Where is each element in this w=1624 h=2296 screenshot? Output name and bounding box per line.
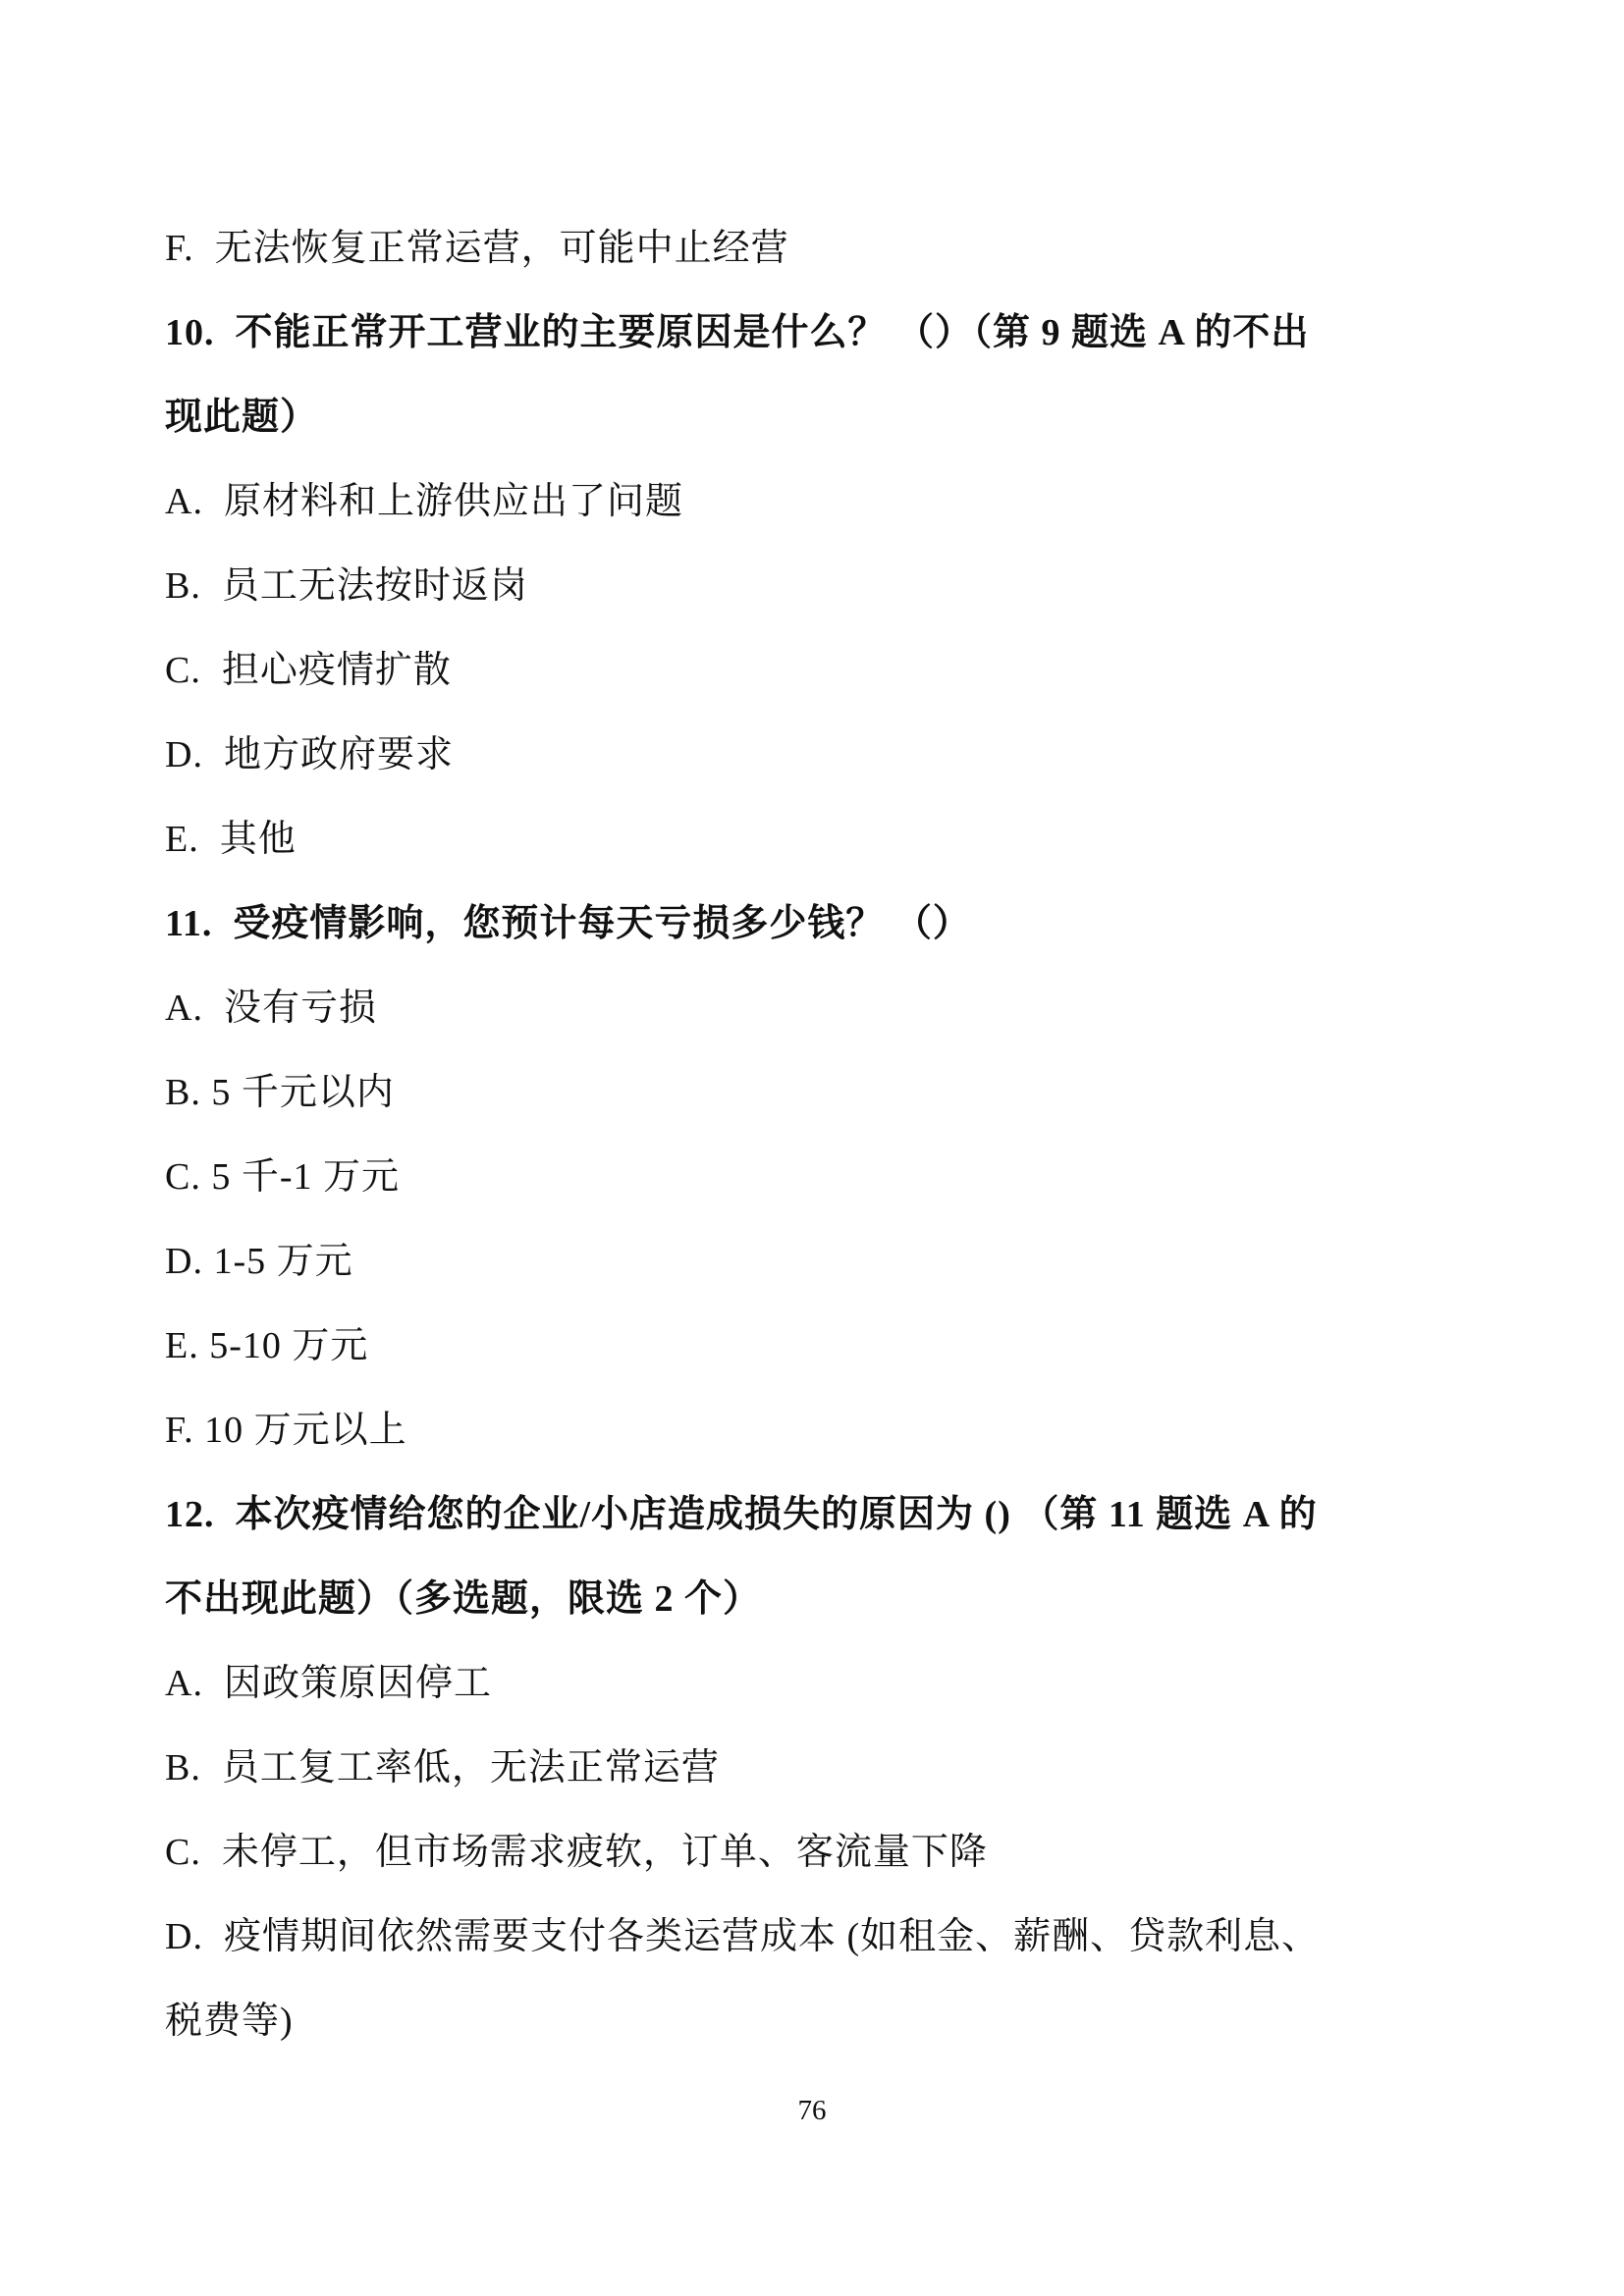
document-page: F. 无法恢复正常运营，可能中止经营 10. 不能正常开工营业的主要原因是什么？… (0, 0, 1624, 2296)
question-11-option-b: B. 5 千元以内 (165, 1050, 1471, 1135)
question-12-option-b: B. 员工复工率低，无法正常运营 (165, 1726, 1471, 1810)
question-10-title-line-2: 现此题） (165, 375, 1471, 459)
question-12-title-line-1: 12. 本次疫情给您的企业/小店造成损失的原因为 () （第 11 题选 A 的 (165, 1472, 1471, 1557)
question-10-option-c: C. 担心疫情扩散 (165, 628, 1471, 713)
question-12-option-a: A. 因政策原因停工 (165, 1641, 1471, 1726)
question-11-option-d: D. 1-5 万元 (165, 1219, 1471, 1304)
question-10-option-b: B. 员工无法按时返岗 (165, 544, 1471, 628)
question-11-option-c: C. 5 千-1 万元 (165, 1135, 1471, 1219)
question-11-option-a: A. 没有亏损 (165, 966, 1471, 1050)
question-11-title: 11. 受疫情影响，您预计每天亏损多少钱？ （） (165, 881, 1471, 966)
question-11-option-e: E. 5-10 万元 (165, 1304, 1471, 1388)
question-12-option-d-line-2: 税费等) (165, 1979, 1471, 2063)
question-12-option-d-line-1: D. 疫情期间依然需要支付各类运营成本 (如租金、薪酬、贷款利息、 (165, 1895, 1471, 1979)
document-text-block: F. 无法恢复正常运营，可能中止经营 10. 不能正常开工营业的主要原因是什么？… (165, 206, 1471, 2063)
question-10-title-line-1: 10. 不能正常开工营业的主要原因是什么？ （）（第 9 题选 A 的不出 (165, 291, 1471, 375)
question-10-option-e: E. 其他 (165, 797, 1471, 881)
question-11-option-f: F. 10 万元以上 (165, 1388, 1471, 1472)
question-10-option-a: A. 原材料和上游供应出了问题 (165, 459, 1471, 544)
question-12-option-c: C. 未停工，但市场需求疲软，订单、客流量下降 (165, 1810, 1471, 1895)
question-9-option-f: F. 无法恢复正常运营，可能中止经营 (165, 206, 1471, 291)
question-12-title-line-2: 不出现此题）（多选题，限选 2 个） (165, 1557, 1471, 1641)
page-number: 76 (0, 2091, 1624, 2130)
question-10-option-d: D. 地方政府要求 (165, 713, 1471, 797)
